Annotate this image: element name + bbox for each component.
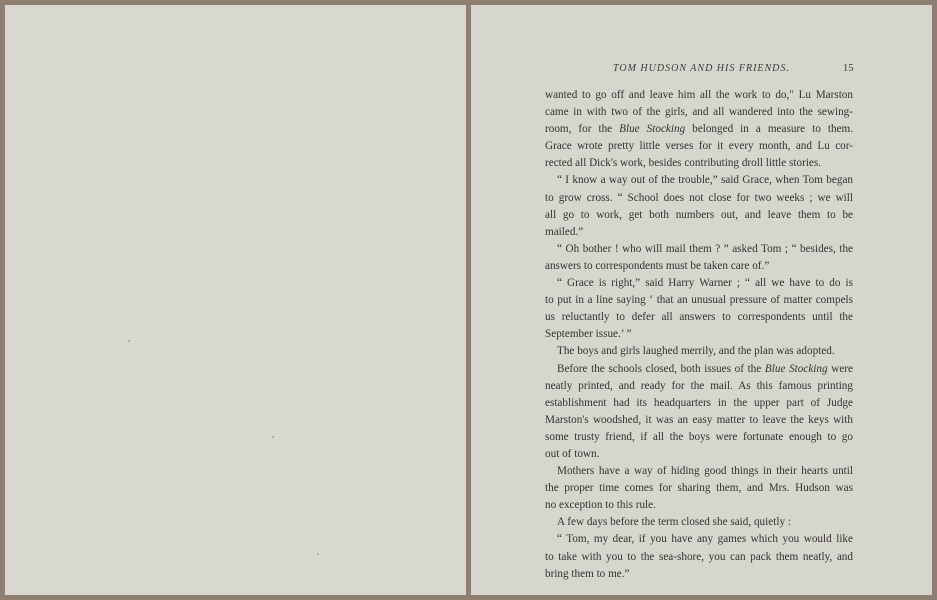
text-line: answers to correspondents must be taken …	[545, 258, 853, 275]
text-line: to grow cross. “ School does not close f…	[545, 190, 853, 207]
page-number: 15	[843, 63, 854, 74]
text-line: “ Tom, my dear, if you have any games wh…	[545, 531, 853, 548]
text-line: out of town.	[545, 446, 853, 463]
text-line: the proper time comes for sharing them, …	[545, 480, 853, 497]
text-line: A few days before the term closed she sa…	[545, 514, 853, 531]
text-line: mailed.”	[545, 224, 853, 241]
text-line: us reluctantly to defer all answers to c…	[545, 309, 853, 326]
text-line: room, for the Blue Stocking belonged in …	[545, 121, 853, 138]
text-line: rected all Dick's work, besides contribu…	[545, 155, 853, 172]
italic-title: Blue Stocking	[619, 123, 685, 135]
text-line: wanted to go off and leave him all the w…	[545, 87, 853, 104]
text-line: The boys and girls laughed merrily, and …	[545, 343, 853, 360]
text-line: “ Oh bother ! who will mail them ? ” ask…	[545, 241, 853, 258]
text-line: all go to work, get both numbers out, an…	[545, 207, 853, 224]
body-text: wanted to go off and leave him all the w…	[545, 87, 853, 583]
text-line: to put in a line saying ‘ that an unusua…	[545, 292, 853, 309]
paper-speck	[128, 340, 130, 342]
left-page-blank	[5, 5, 466, 595]
text-line: no exception to this rule.	[545, 497, 853, 514]
text-line: Mothers have a way of hiding good things…	[545, 463, 853, 480]
paper-speck	[272, 436, 274, 438]
text-line: September issue.’ ”	[545, 326, 853, 343]
text-line: “ I know a way out of the trouble,” said…	[545, 172, 853, 189]
text-line: neatly printed, and ready for the mail. …	[545, 378, 853, 395]
text-line: to take with you to the sea-shore, you c…	[545, 549, 853, 566]
text-line: establishment had its headquarters in th…	[545, 395, 853, 412]
text-line: Before the schools closed, both issues o…	[545, 361, 853, 378]
italic-title: Blue Stocking	[765, 363, 828, 375]
text-line: “ Grace is right,” said Harry Warner ; “…	[545, 275, 853, 292]
text-line: bring them to me.”	[545, 566, 853, 583]
running-head: TOM HUDSON AND HIS FRIENDS.	[613, 63, 790, 74]
text-line: came in with two of the girls, and all w…	[545, 104, 853, 121]
text-line: Marston's woodshed, it was an easy matte…	[545, 412, 853, 429]
text-line: some trusty friend, if all the boys were…	[545, 429, 853, 446]
text-line: Grace wrote pretty little verses for it …	[545, 138, 853, 155]
paper-speck	[317, 553, 319, 555]
